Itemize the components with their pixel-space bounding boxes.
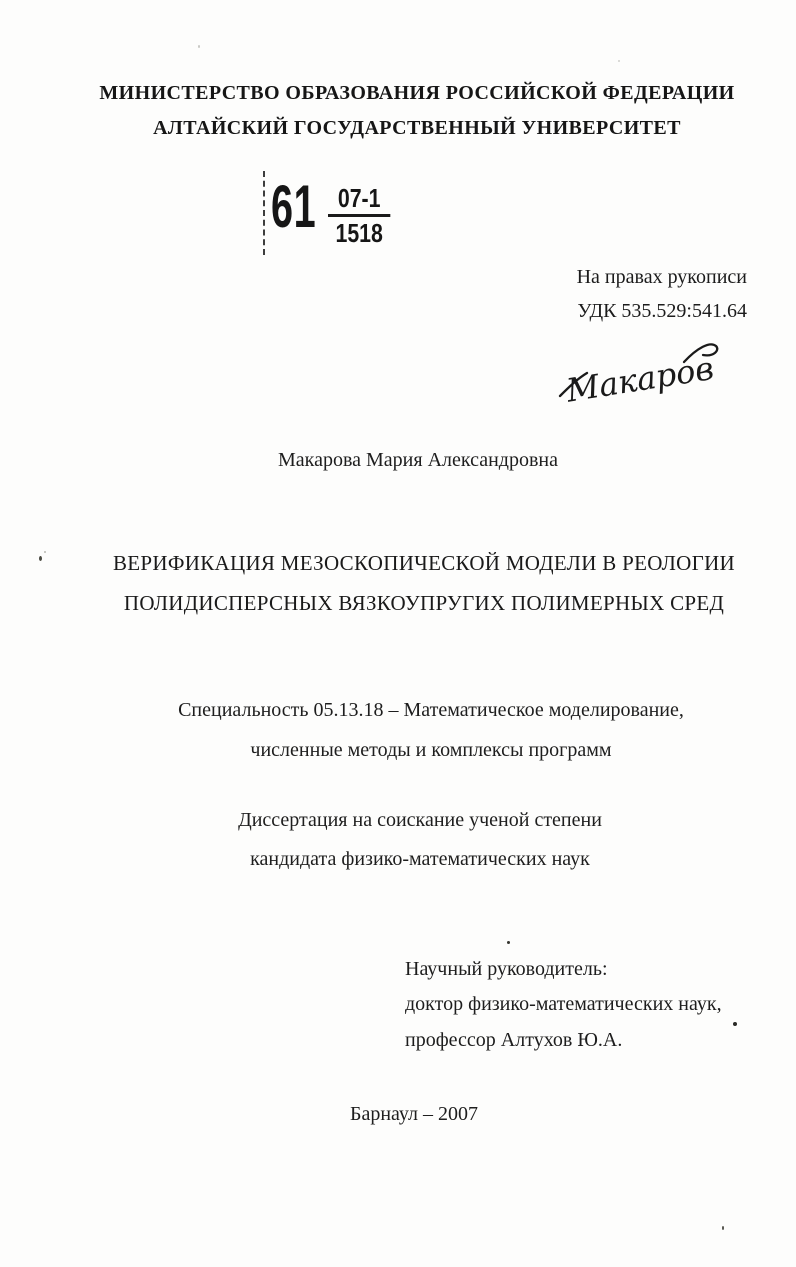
advisor-degree: доктор физико-математических наук,	[405, 993, 722, 1016]
stamp-fraction: 07-1 1518	[328, 185, 390, 246]
stamp-code: 61	[271, 180, 316, 234]
library-stamp: 61 07-1 1518	[258, 170, 418, 260]
signature-text: Макаров	[563, 349, 717, 402]
scan-speck	[39, 556, 42, 561]
stamp-fraction-denominator: 1518	[328, 217, 390, 246]
stamp-fraction-numerator: 07-1	[328, 185, 390, 217]
udc-number: УДК 535.529:541.64	[577, 300, 747, 323]
manuscript-rights-note: На правах рукописи	[577, 266, 747, 289]
university-line: АЛТАЙСКИЙ ГОСУДАРСТВЕННЫЙ УНИВЕРСИТЕТ	[31, 117, 796, 140]
advisor-name: профессор Алтухов Ю.А.	[405, 1029, 622, 1052]
dissertation-title-line2: ПОЛИДИСПЕРСНЫХ ВЯЗКОУПРУГИХ ПОЛИМЕРНЫХ С…	[38, 591, 796, 616]
degree-line1: Диссертация на соискание ученой степени	[34, 809, 796, 832]
scan-speck	[44, 551, 46, 553]
specialty-line2: численные методы и комплексы программ	[45, 739, 796, 762]
dissertation-title-line1: ВЕРИФИКАЦИЯ МЕЗОСКОПИЧЕСКОЙ МОДЕЛИ В РЕО…	[38, 551, 796, 576]
stamp-dashed-rule	[263, 171, 265, 255]
specialty-line1: Специальность 05.13.18 – Математическое …	[45, 699, 796, 722]
degree-line2: кандидата физико-математических наук	[34, 848, 796, 871]
advisor-heading: Научный руководитель:	[405, 958, 608, 981]
handwritten-signature: Макаров	[556, 338, 728, 402]
scan-speck	[722, 1226, 724, 1230]
scan-speck	[733, 1022, 737, 1026]
scanned-title-page: МИНИСТЕРСТВО ОБРАЗОВАНИЯ РОССИЙСКОЙ ФЕДЕ…	[0, 0, 796, 1267]
scan-speck	[507, 941, 510, 944]
scan-speck	[618, 60, 620, 62]
author-name: Макарова Мария Александровна	[32, 449, 796, 472]
scan-speck	[198, 45, 200, 48]
imprint-city-year: Барнаул – 2007	[28, 1103, 796, 1126]
ministry-line: МИНИСТЕРСТВО ОБРАЗОВАНИЯ РОССИЙСКОЙ ФЕДЕ…	[31, 82, 796, 105]
